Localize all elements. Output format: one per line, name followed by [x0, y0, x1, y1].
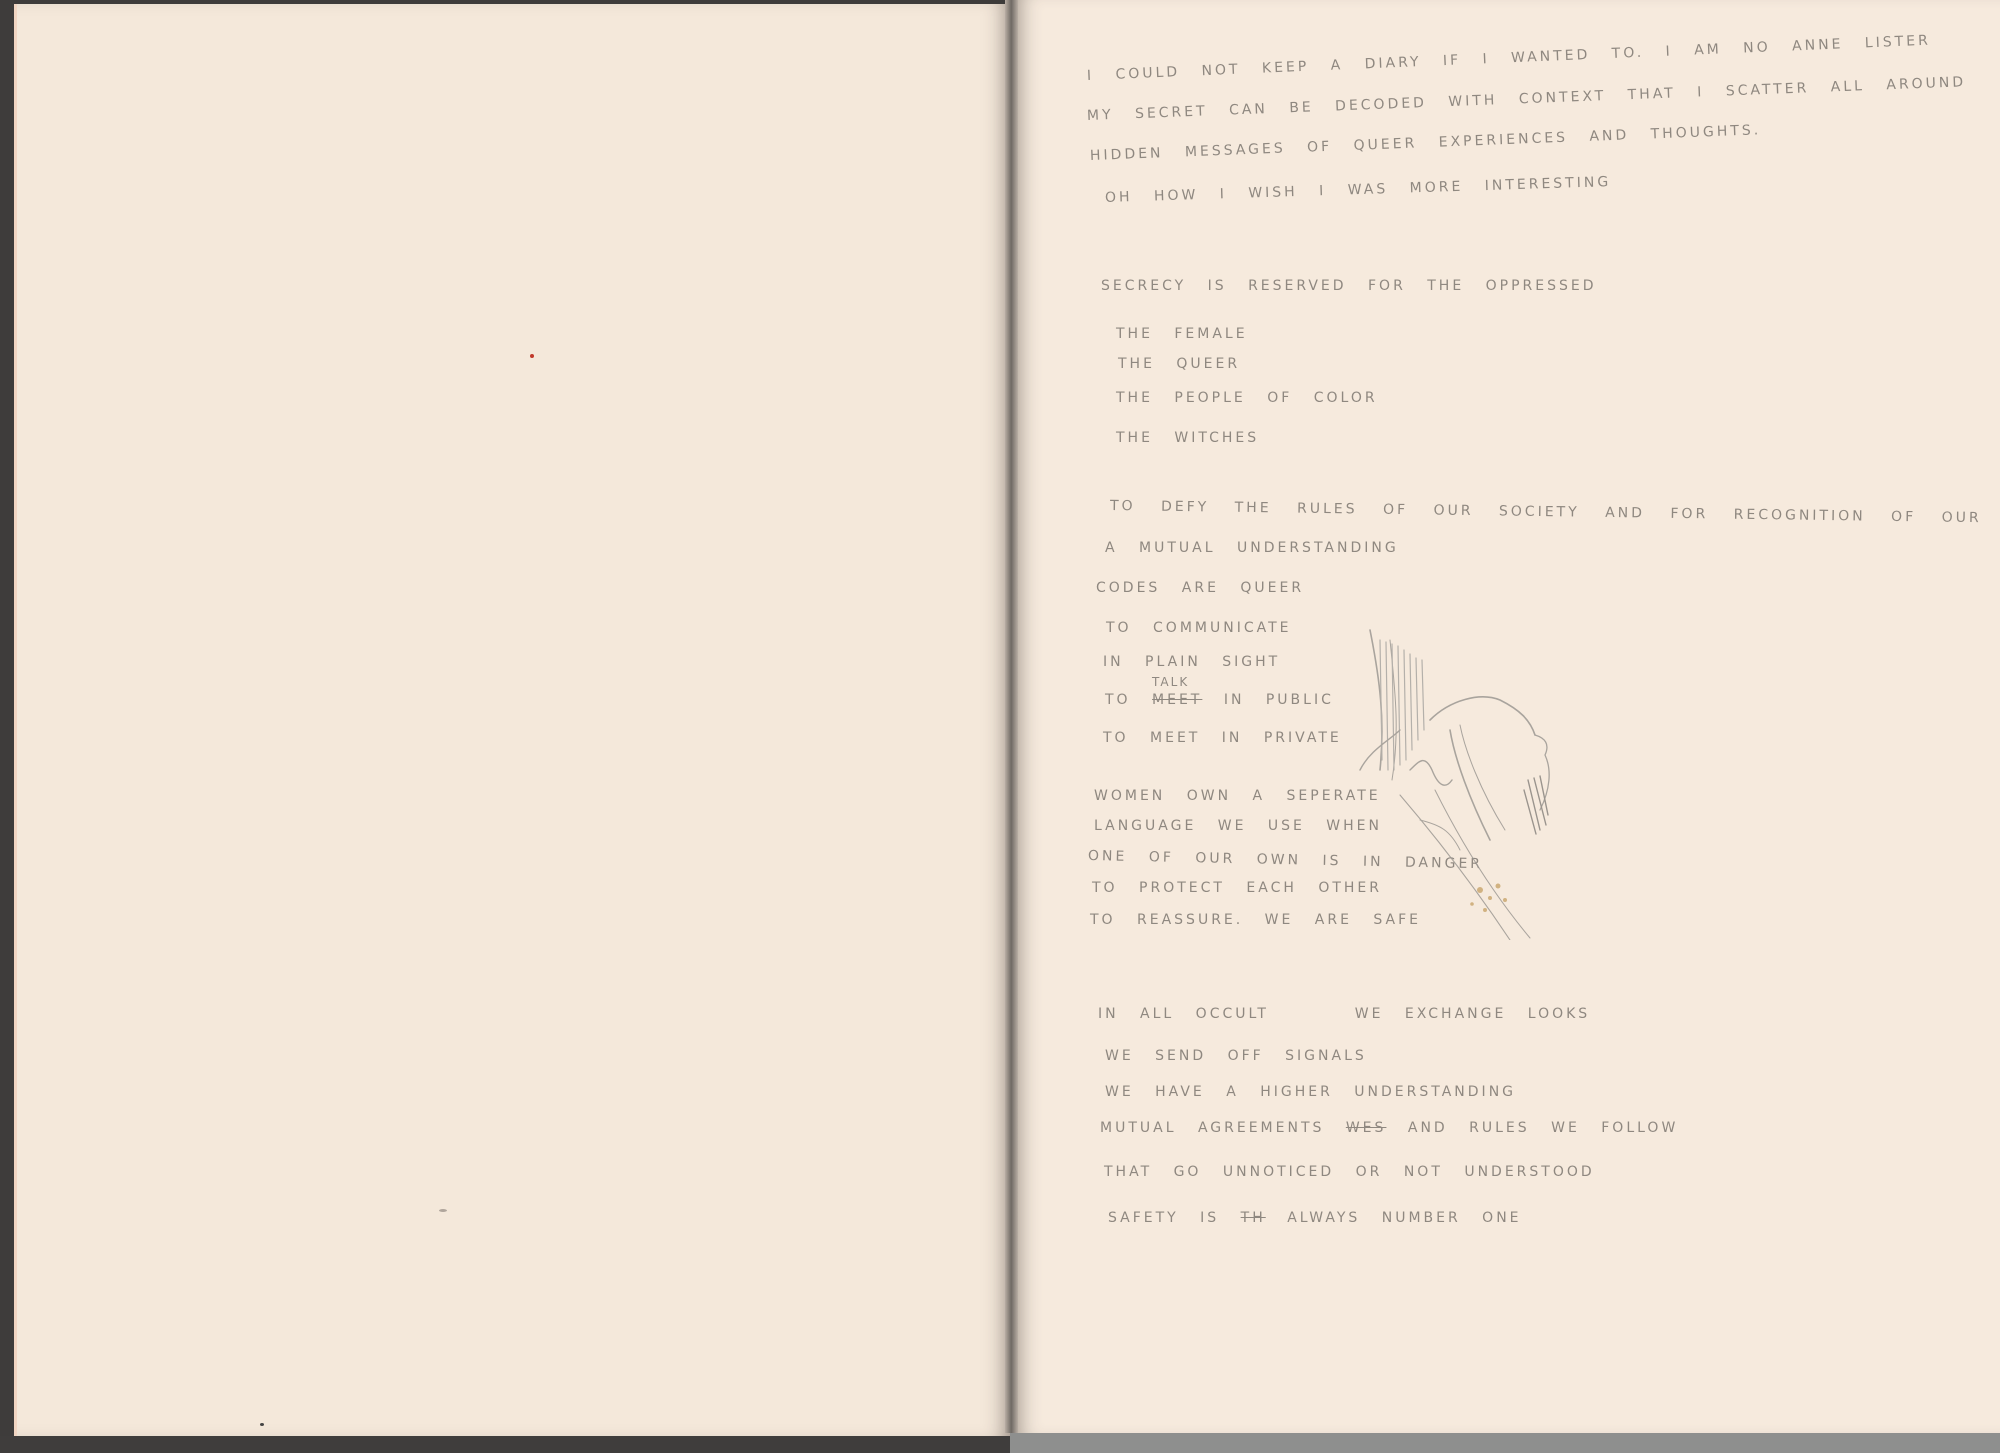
- left-page-edge-tint: [14, 4, 17, 1436]
- line-before: Mutual agreements: [1100, 1120, 1324, 1136]
- book-gutter-spine: [1005, 0, 1019, 1433]
- book-cover-bottom-edge: [0, 1436, 1010, 1453]
- struck-word: meet: [1152, 692, 1202, 708]
- line-after: always number one: [1287, 1210, 1521, 1226]
- text-line: A mutual understanding: [1105, 540, 1399, 556]
- scanner-bottom-strip: [1010, 1433, 2000, 1453]
- text-line: The female: [1116, 326, 1248, 342]
- struck-word: wes: [1346, 1120, 1387, 1136]
- text-line: language we use when: [1094, 818, 1382, 834]
- left-page-blank: [14, 4, 1010, 1436]
- text-line: Secrecy is reserved for the oppressed: [1101, 278, 1597, 294]
- text-line: To communicate: [1106, 620, 1292, 636]
- text-line: In all occult we exchange looks: [1098, 1006, 1590, 1022]
- text-line: Codes are queer: [1096, 580, 1304, 596]
- graphite-mark: [439, 1209, 447, 1212]
- text-line: to protect each other: [1092, 880, 1382, 896]
- text-line: In plain sight: [1103, 654, 1280, 670]
- inserted-word: talk: [1152, 675, 1189, 689]
- pencil-sketch-figures-icon: [1340, 620, 1610, 940]
- red-speck: [530, 354, 534, 358]
- text-line: To meet in private: [1103, 730, 1342, 746]
- text-line-edited: Mutual agreements wes and rules we follo…: [1100, 1120, 1678, 1136]
- line-suffix: in public: [1224, 692, 1334, 708]
- text-line-edited: Safety is th always number one: [1108, 1210, 1522, 1226]
- text-line: The people of color: [1116, 390, 1378, 406]
- line-after: and rules we follow: [1408, 1120, 1678, 1136]
- line-prefix: To: [1105, 692, 1131, 708]
- text-line: The witches: [1116, 430, 1259, 446]
- book-cover-left-edge: [0, 0, 14, 1453]
- text-line: Women own a seperate: [1094, 788, 1381, 804]
- text-line: The queer: [1118, 356, 1240, 372]
- text-line: That go unnoticed or not understood: [1104, 1164, 1595, 1180]
- text-line: We send off signals: [1105, 1048, 1367, 1064]
- line-before: Safety is: [1108, 1210, 1219, 1226]
- text-line: We have a higher understanding: [1105, 1084, 1516, 1100]
- struck-word: th: [1241, 1210, 1266, 1226]
- graphite-speck: [260, 1423, 264, 1426]
- text-line-edited: To talk meet in public: [1105, 692, 1334, 708]
